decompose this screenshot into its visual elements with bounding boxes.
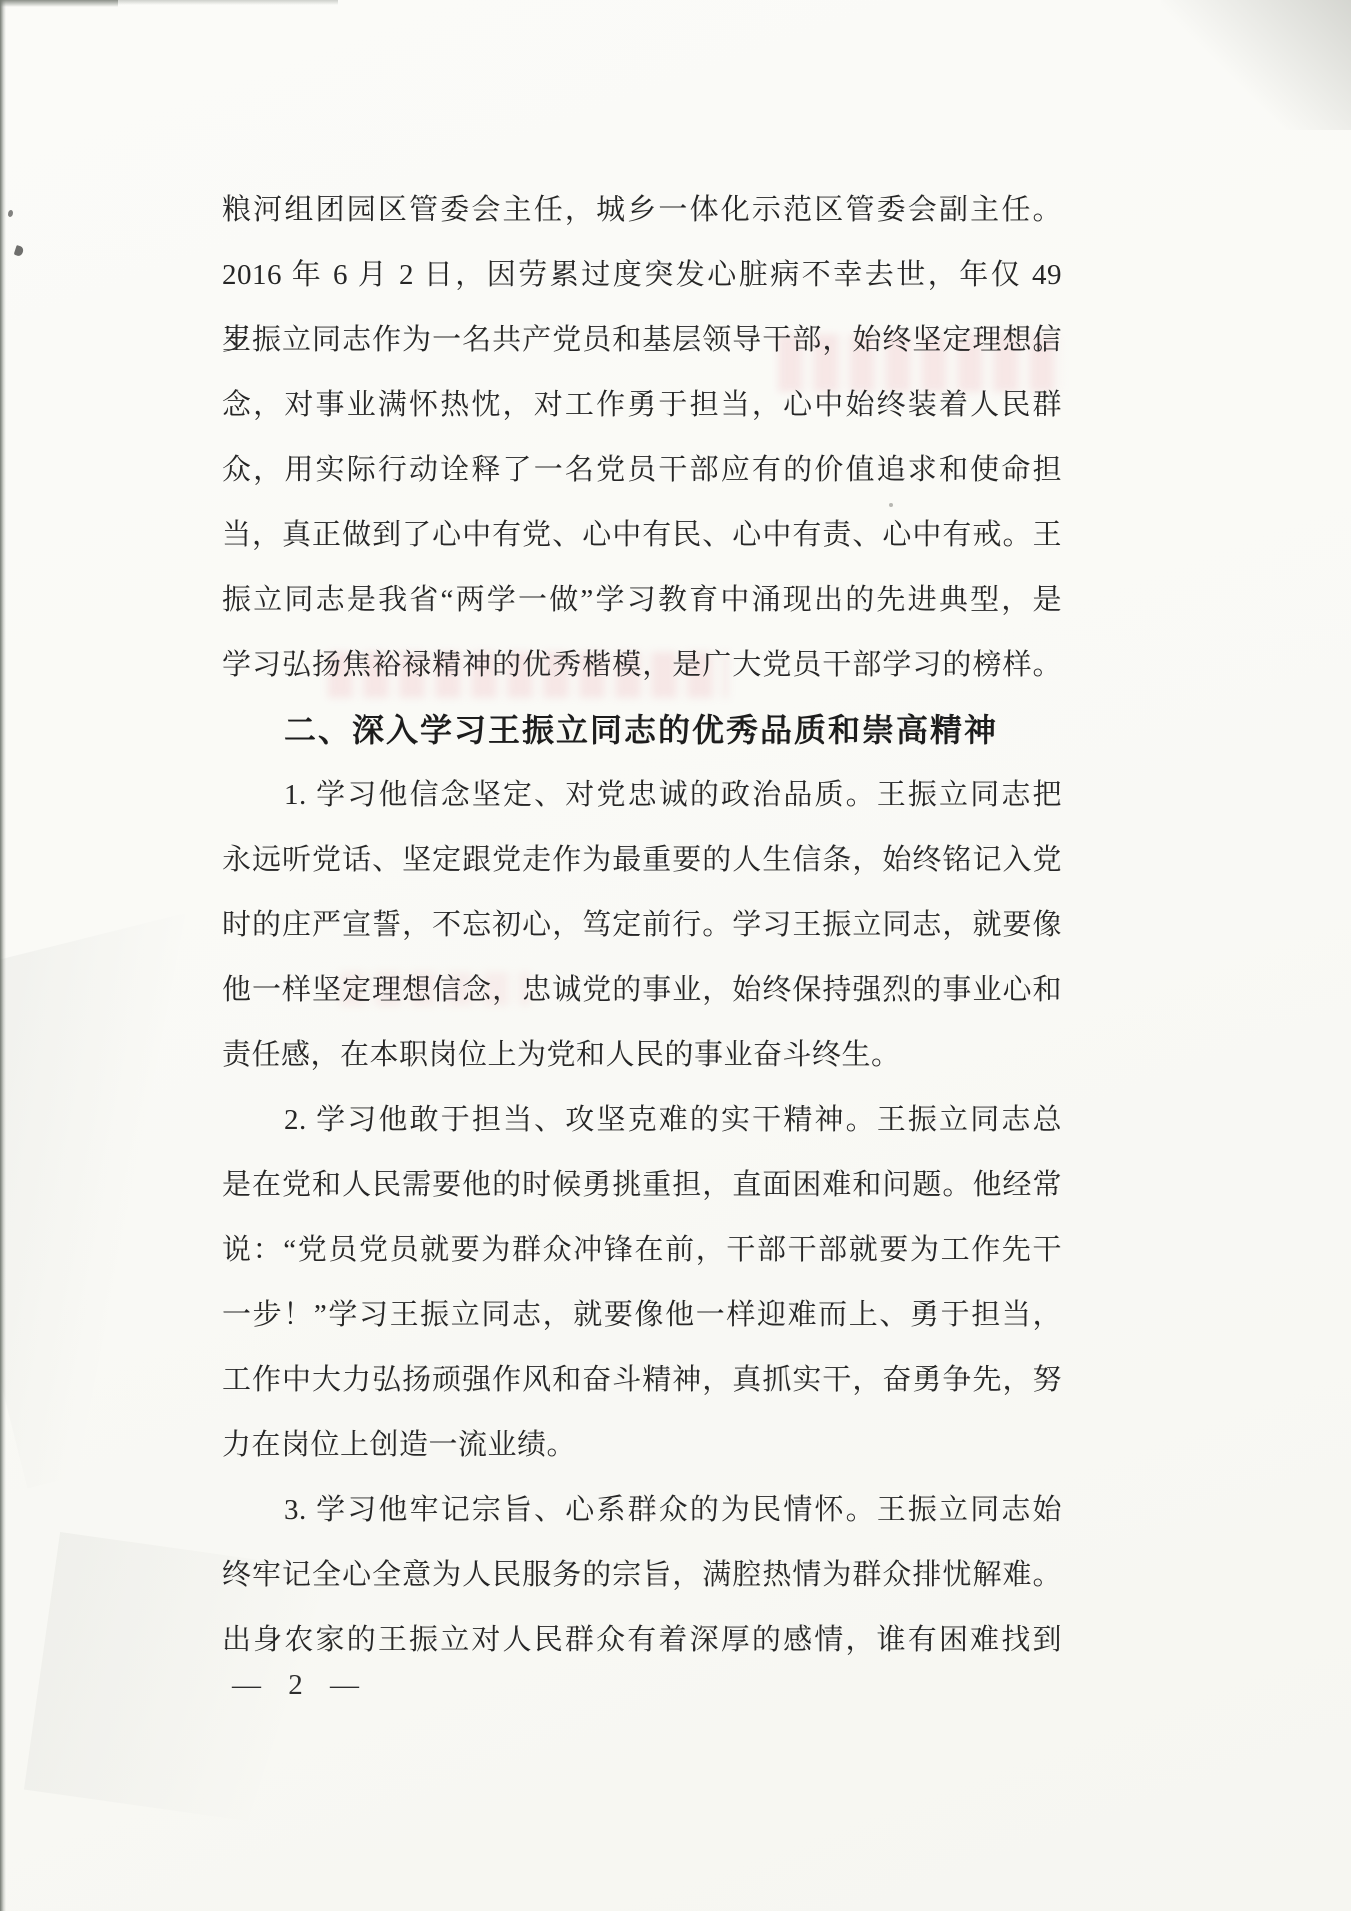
body-line: 学习弘扬焦裕禄精神的优秀楷模，是广大党员干部学习的榜样。 <box>222 633 1062 698</box>
body-line: 粮河组团园区管委会主任，城乡一体化示范区管委会副主任。 <box>222 178 1062 243</box>
body-line: 说：“党员党员就要为群众冲锋在前，干部干部就要为工作先干 <box>222 1218 1062 1283</box>
body-line: 工作中大力弘扬顽强作风和奋斗精神，真抓实干，奋勇争先，努 <box>222 1348 1062 1413</box>
body-line: 2. 学习他敢于担当、攻坚克难的实干精神。王振立同志总 <box>222 1088 1062 1153</box>
body-line: 永远听党话、坚定跟党走作为最重要的人生信条，始终铭记入党 <box>222 828 1062 893</box>
scan-speck <box>8 210 13 217</box>
body-line: 念，对事业满怀热忱，对工作勇于担当，心中始终装着人民群 <box>222 373 1062 438</box>
body-line: 责任感，在本职岗位上为党和人民的事业奋斗终生。 <box>222 1023 1062 1088</box>
body-line: 振立同志是我省“两学一做”学习教育中涌现出的先进典型，是 <box>222 568 1062 633</box>
body-line: 他一样坚定理想信念，忠诚党的事业，始终保持强烈的事业心和 <box>222 958 1062 1023</box>
body-line: 2016 年 6 月 2 日，因劳累过度突发心脏病不幸去世，年仅 49 岁。 <box>222 243 1062 308</box>
body-line: 众，用实际行动诠释了一名党员干部应有的价值追求和使命担 <box>222 438 1062 503</box>
scanned-document-page: { "document": { "ink_color": "#262626", … <box>0 0 1351 1911</box>
body-line: 时的庄严宣誓，不忘初心，笃定前行。学习王振立同志，就要像 <box>222 893 1062 958</box>
scan-edge-top <box>0 0 118 7</box>
section-heading: 二、深入学习王振立同志的优秀品质和崇高精神 <box>222 698 1062 763</box>
body-line: 1. 学习他信念坚定、对党忠诚的政治品质。王振立同志把 <box>222 763 1062 828</box>
document-body: 粮河组团园区管委会主任，城乡一体化示范区管委会副主任。 2016 年 6 月 2… <box>222 178 1062 1673</box>
body-line: 王振立同志作为一名共产党员和基层领导干部，始终坚定理想信 <box>222 308 1062 373</box>
body-line: 3. 学习他牢记宗旨、心系群众的为民情怀。王振立同志始 <box>222 1478 1062 1543</box>
body-line: 一步！”学习王振立同志，就要像他一样迎难而上、勇于担当， <box>222 1283 1062 1348</box>
scan-speck <box>14 245 25 257</box>
body-line: 当，真正做到了心中有党、心中有民、心中有责、心中有戒。王 <box>222 503 1062 568</box>
body-line: 力在岗位上创造一流业绩。 <box>222 1413 1062 1478</box>
body-line: 终牢记全心全意为人民服务的宗旨，满腔热情为群众排忧解难。 <box>222 1543 1062 1608</box>
scan-edge-top-fade <box>118 0 338 5</box>
body-line: 是在党和人民需要他的时候勇挑重担，直面困难和问题。他经常 <box>222 1153 1062 1218</box>
scan-edge-left <box>0 0 6 1911</box>
scan-corner-shadow <box>1161 0 1351 130</box>
page-number: — 2 — <box>232 1655 369 1715</box>
